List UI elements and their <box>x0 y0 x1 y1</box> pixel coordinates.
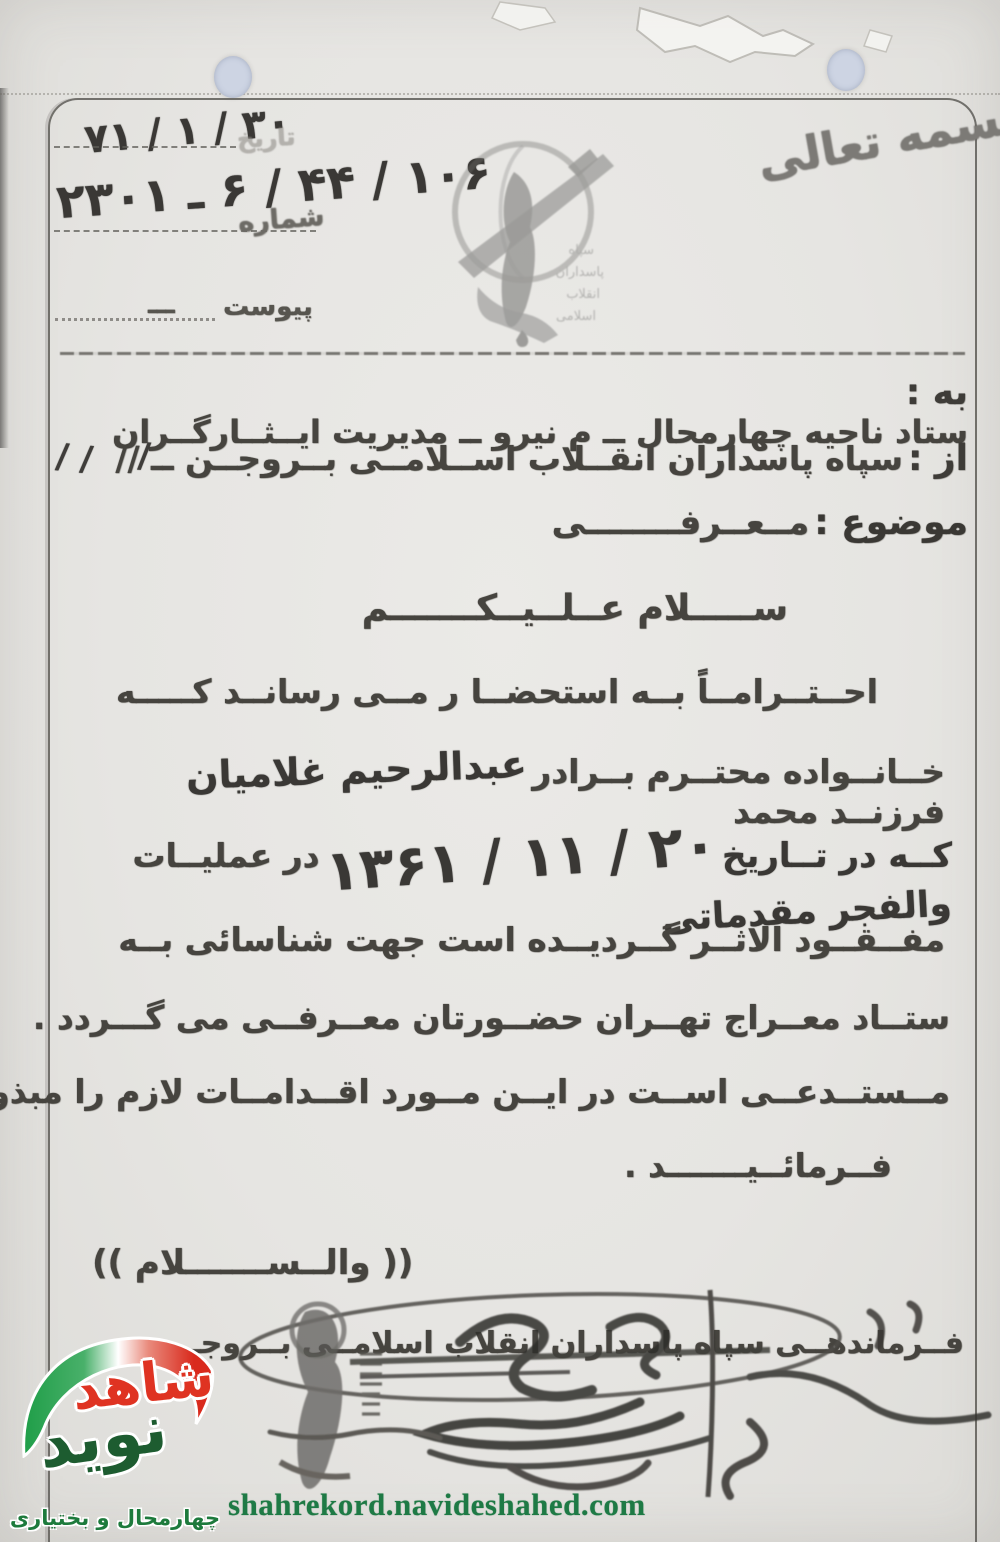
scanned-letter-page: ۷۱ / ۱ / ۳۰ تاریخ ۲۳۰۱ ـ ۶ / ۴۴ / ۱۰۶ شم… <box>0 0 1000 1542</box>
number-label: شماره <box>237 201 325 238</box>
date-label: تاریخ <box>236 122 296 153</box>
paper-tear-artifact <box>480 0 930 80</box>
body-line-2-pre: خــانــواده محتــرم بــرادر <box>532 752 945 791</box>
emblem-caption-1: سپاه <box>568 243 594 258</box>
website-url-watermark: shahrekord.navideshahed.com <box>228 1487 646 1523</box>
body-line-6: مــستــدعــی اســت در ایــن مــورد اقــد… <box>0 1072 950 1111</box>
from-value: سپاه پاسداران انقــلاب اســلامــی بــروج… <box>115 439 903 478</box>
stray-slash-marks: / / <box>54 436 95 480</box>
body-line-5: ستــاد معــراج تهــران حضــورتان معــرفـ… <box>33 998 950 1037</box>
from-line: از : سپاه پاسداران انقــلاب اســلامــی ب… <box>58 438 968 479</box>
closing-valsalam: (( والــســـــــلام )) <box>92 1243 413 1283</box>
region-caption: چهارمحال و بختیاری <box>8 1506 222 1530</box>
header-divider-line <box>60 352 965 355</box>
attachment-value: ـــ <box>148 290 175 320</box>
navideshahed-logo: شاهد نوید چهارمحال و بختیاری <box>4 1328 224 1542</box>
body-line-4: مفــقــود الاثــر گــردیــده است جهت شنا… <box>118 920 945 959</box>
date-of-operation-handwritten: ۱۳۶۱ / ۱۱ / ۲۰ <box>323 812 719 904</box>
attachment-label: پیوست <box>223 292 313 322</box>
subject-label: موضوع : <box>814 502 968 543</box>
irgc-emblem-stamp: سپاه پاسداران انقلاب اسلامی <box>418 112 658 347</box>
body-line-2: خــانــواده محتــرم بــرادر عبدالرحیم غل… <box>45 748 945 831</box>
scan-edge-shadow <box>0 88 9 448</box>
to-label: به : <box>906 372 968 413</box>
emblem-caption-3: انقلاب <box>566 287 600 302</box>
body-line-3: کــه در تــاریخ ۱۳۶۱ / ۱۱ / ۲۰ در عملیــ… <box>42 826 952 932</box>
scan-artifact-line <box>0 93 1000 95</box>
greeting-line: ســـــلام عــلــیــکـــــــم <box>362 588 788 629</box>
attachment-field-line <box>55 318 215 321</box>
subject-value: مــعــرفــــــــی <box>552 503 810 543</box>
emblem-caption-2: پاسداران <box>556 265 605 280</box>
body-line-3-mid: در عملیــات <box>132 836 319 875</box>
date-field-line <box>54 146 236 148</box>
emblem-caption-4: اسلامی <box>556 309 596 324</box>
navid-wordmark: نوید <box>33 1389 172 1483</box>
punch-hole-left <box>214 56 252 98</box>
body-line-3-pre: کــه در تــاریخ <box>722 836 952 876</box>
body-line-1: احــتــرامــاً بــه استحضــا ر مــی رسان… <box>116 672 878 711</box>
body-line-7: فــرمائــیـــــــد . <box>624 1146 892 1185</box>
from-label: از : <box>908 438 968 479</box>
name-handwritten: عبدالرحیم غلامیان <box>186 742 528 798</box>
subject-line: موضوع : مــعــرفــــــــی <box>58 502 968 543</box>
